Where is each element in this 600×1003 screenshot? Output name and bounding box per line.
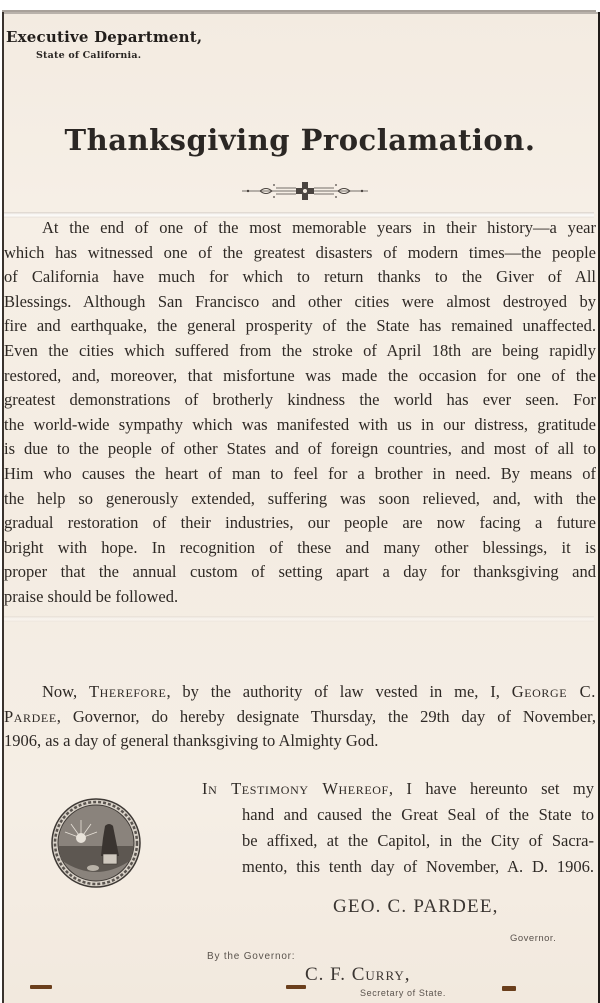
page-title: Thanksgiving Proclamation. [0, 123, 600, 157]
text-line: 1906, as a day of general thanksgiving t… [4, 729, 596, 754]
text-line: Even the cities which suffered from the … [4, 339, 596, 364]
paper-fold-line [4, 616, 594, 622]
paper-stain [286, 985, 306, 989]
text-line: Blessings. Although San Francisco and ot… [4, 290, 596, 315]
text-line: the help so generously extended, sufferi… [4, 487, 596, 512]
text-line: proper that the annual custom of setting… [4, 560, 596, 585]
text-line: mento, this tenth day of November, A. D.… [202, 854, 594, 880]
text-line: At the end of one of the most memorable … [4, 216, 596, 241]
text-fragment: , Governor, do hereby designate Thursday… [57, 707, 596, 726]
proclamation-paragraph-2: Now, Therefore, by the authority of law … [4, 680, 596, 754]
text-line: fire and earthquake, the general prosper… [4, 314, 596, 339]
text-line: In Testimony Whereof, I have hereunto se… [202, 776, 594, 802]
governor-signature: GEO. C. PARDEE, [333, 896, 499, 918]
small-caps-surname: Pardee [4, 707, 57, 726]
state-seal-icon [51, 798, 141, 888]
text-line: bright with hope. In recognition of thes… [4, 536, 596, 561]
text-line: Pardee, Governor, do hereby designate Th… [4, 705, 596, 730]
small-caps-therefore: Therefore [89, 682, 166, 701]
secretary-signature: C. F. Curry, [305, 964, 411, 986]
paper-stain [30, 985, 52, 989]
department-heading: Executive Department, [6, 28, 202, 46]
text-line: praise should be followed. [4, 585, 596, 610]
text-fragment: , by the authority of law vested in me, … [166, 682, 511, 701]
text-line: hand and caused the Great Seal of the St… [202, 802, 594, 828]
secretary-title: Secretary of State. [360, 988, 446, 998]
paper-stain [502, 986, 516, 991]
text-fragment: , I have hereunto set my [389, 779, 594, 798]
text-line: the world-wide sympathy which was manife… [4, 413, 596, 438]
state-subheading: State of California. [36, 50, 141, 61]
testimony-block: In Testimony Whereof, I have hereunto se… [202, 776, 594, 880]
small-caps-governor-name: George C. [512, 682, 596, 701]
text-line: gradual restoration of their industries,… [4, 511, 596, 536]
text-line: Him who causes the heart of man to feel … [4, 462, 596, 487]
by-the-governor-label: By the Governor: [207, 951, 295, 962]
text-line: be affixed, at the Capitol, in the City … [202, 828, 594, 854]
text-line: is due to the people of other States and… [4, 437, 596, 462]
small-caps-testimony: In Testimony Whereof [202, 779, 389, 798]
text-line: Now, Therefore, by the authority of law … [4, 680, 596, 705]
text-fragment: Now, [42, 682, 89, 701]
text-line: which has witnessed one of the greatest … [4, 241, 596, 266]
governor-title: Governor. [510, 933, 556, 944]
text-line: of California have much for which to ret… [4, 265, 596, 290]
text-line: greatest demonstrations of brotherly kin… [4, 388, 596, 413]
text-line: restored, and, moreover, that misfortune… [4, 364, 596, 389]
proclamation-paragraph-1: At the end of one of the most memorable … [4, 216, 596, 610]
decorative-flourish-icon [240, 178, 370, 204]
